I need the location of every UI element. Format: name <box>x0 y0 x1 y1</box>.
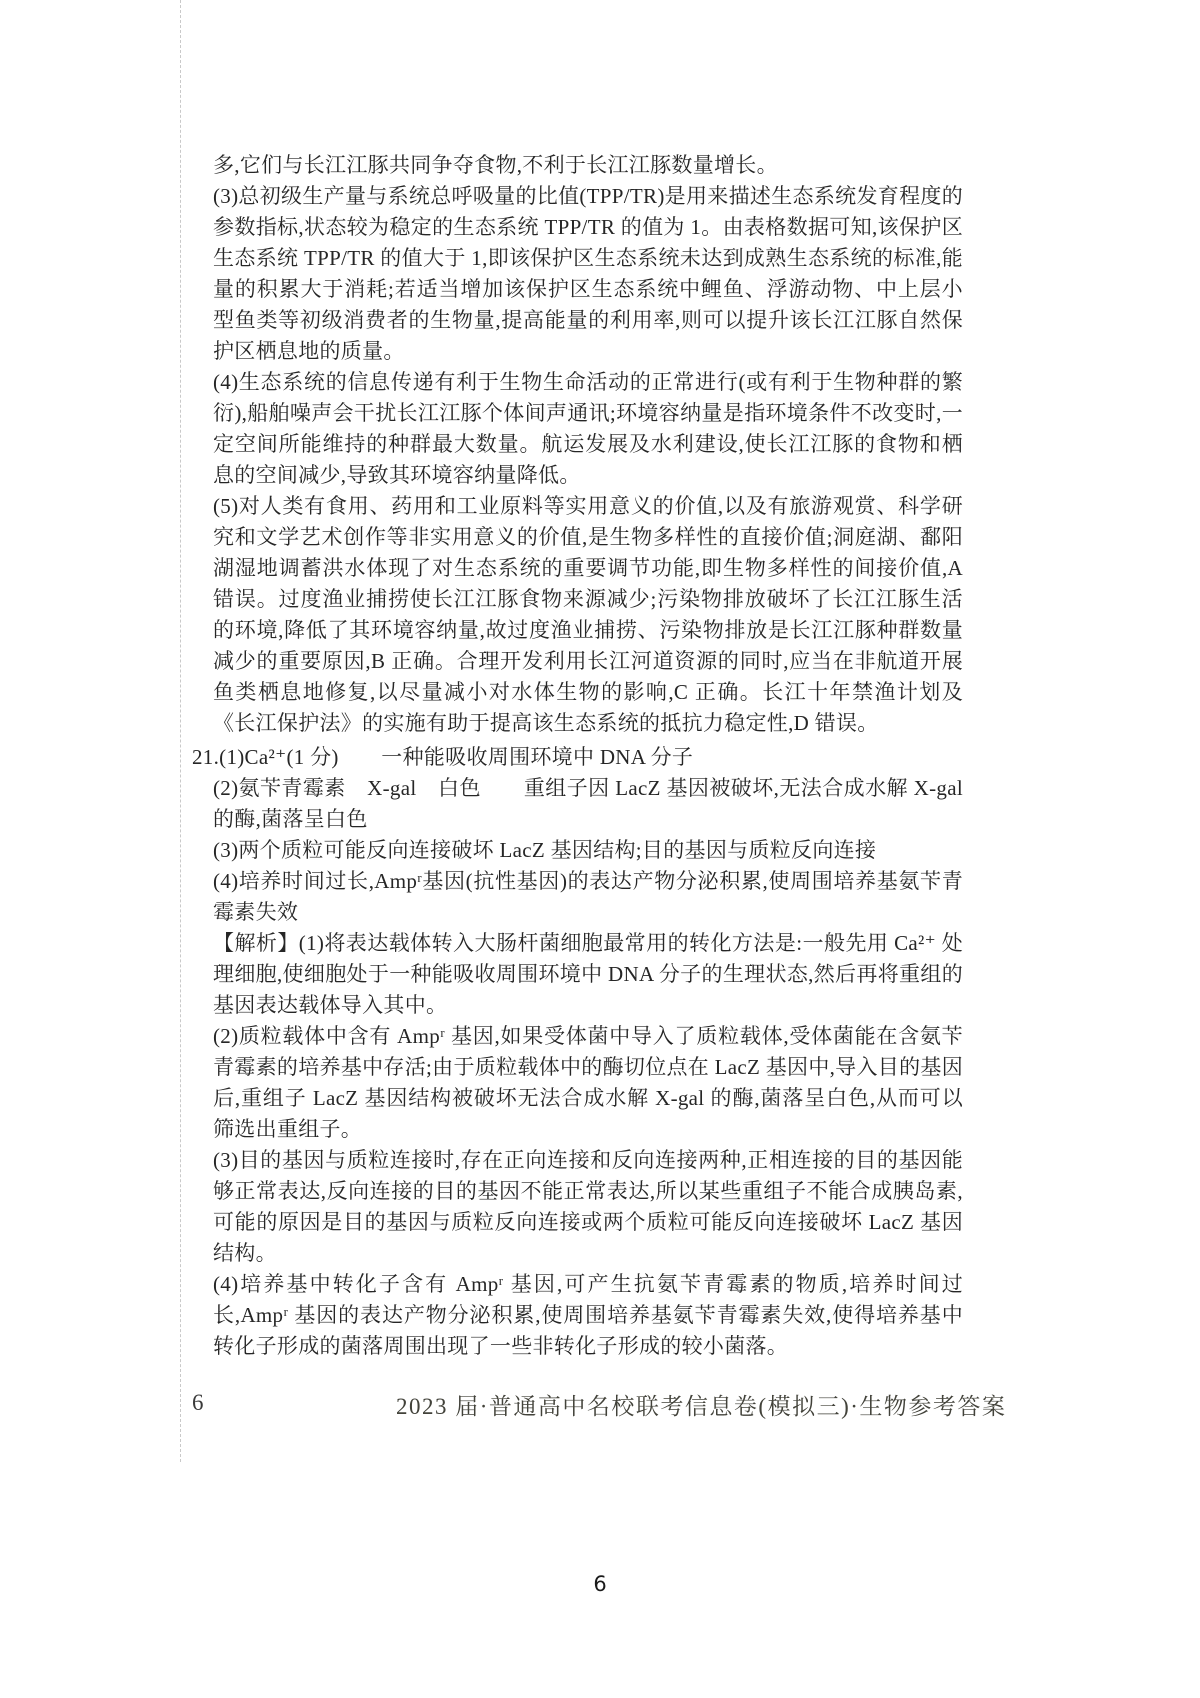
exam-footer-title: 2023 届·普通高中名校联考信息卷(模拟三)·生物参考答案 <box>396 1388 1006 1421</box>
q21-answer3-paragraph: (3)两个质粒可能反向连接破坏 LacZ 基因结构;目的基因与质粒反向连接 <box>213 835 963 866</box>
scanned-answer-page: 多,它们与长江江豚共同争夺食物,不利于长江江豚数量增长。 (3)总初级生产量与系… <box>0 0 1200 1462</box>
q21-analysis3-paragraph: (3)目的基因与质粒连接时,存在正向连接和反向连接两种,正相连接的目的基因能够正… <box>213 1145 963 1269</box>
q21-answer4-paragraph: (4)培养时间过长,Ampʳ基因(抗性基因)的表达产物分泌积累,使周围培养基氨苄… <box>213 866 963 928</box>
scan-footer: 6 2023 届·普通高中名校联考信息卷(模拟三)·生物参考答案 <box>0 1388 1200 1422</box>
page-binding-dashed-line <box>180 0 181 1462</box>
q21-analysis4-paragraph: (4)培养基中转化子含有 Ampʳ 基因,可产生抗氨苄青霉素的物质,培养时间过长… <box>213 1269 963 1362</box>
q20-continuation-paragraph: 多,它们与长江江豚共同争夺食物,不利于长江江豚数量增长。 <box>213 150 963 181</box>
q20-part5-paragraph: (5)对人类有食用、药用和工业原料等实用意义的价值,以及有旅游观赏、科学研究和文… <box>213 491 963 739</box>
q21-analysis1-paragraph: 【解析】(1)将表达载体转入大肠杆菌细胞最常用的转化方法是:一般先用 Ca²⁺ … <box>213 928 963 1021</box>
q20-part3-paragraph: (3)总初级生产量与系统总呼吸量的比值(TPP/TR)是用来描述生态系统发育程度… <box>213 181 963 367</box>
q21-question-number: 21. <box>192 745 219 769</box>
answer-text-block: 多,它们与长江江豚共同争夺食物,不利于长江江豚数量增长。 (3)总初级生产量与系… <box>213 150 963 1362</box>
q21-answer2-paragraph: (2)氨苄青霉素 X-gal 白色 重组子因 LacZ 基因被破坏,无法合成水解… <box>213 773 963 835</box>
scan-page-number: 6 <box>192 1390 204 1416</box>
q21-answer1-text: (1)Ca²⁺(1 分) 一种能吸收周围环境中 DNA 分子 <box>219 745 693 769</box>
q20-part4-paragraph: (4)生态系统的信息传递有利于生物生命活动的正常进行(或有利于生物种群的繁衍),… <box>213 367 963 491</box>
q21-answer1-paragraph: 21.(1)Ca²⁺(1 分) 一种能吸收周围环境中 DNA 分子 <box>213 742 963 773</box>
q21-analysis2-paragraph: (2)质粒载体中含有 Ampʳ 基因,如果受体菌中导入了质粒载体,受体菌能在含氨… <box>213 1021 963 1145</box>
viewer-page-number: 6 <box>0 1572 1200 1596</box>
